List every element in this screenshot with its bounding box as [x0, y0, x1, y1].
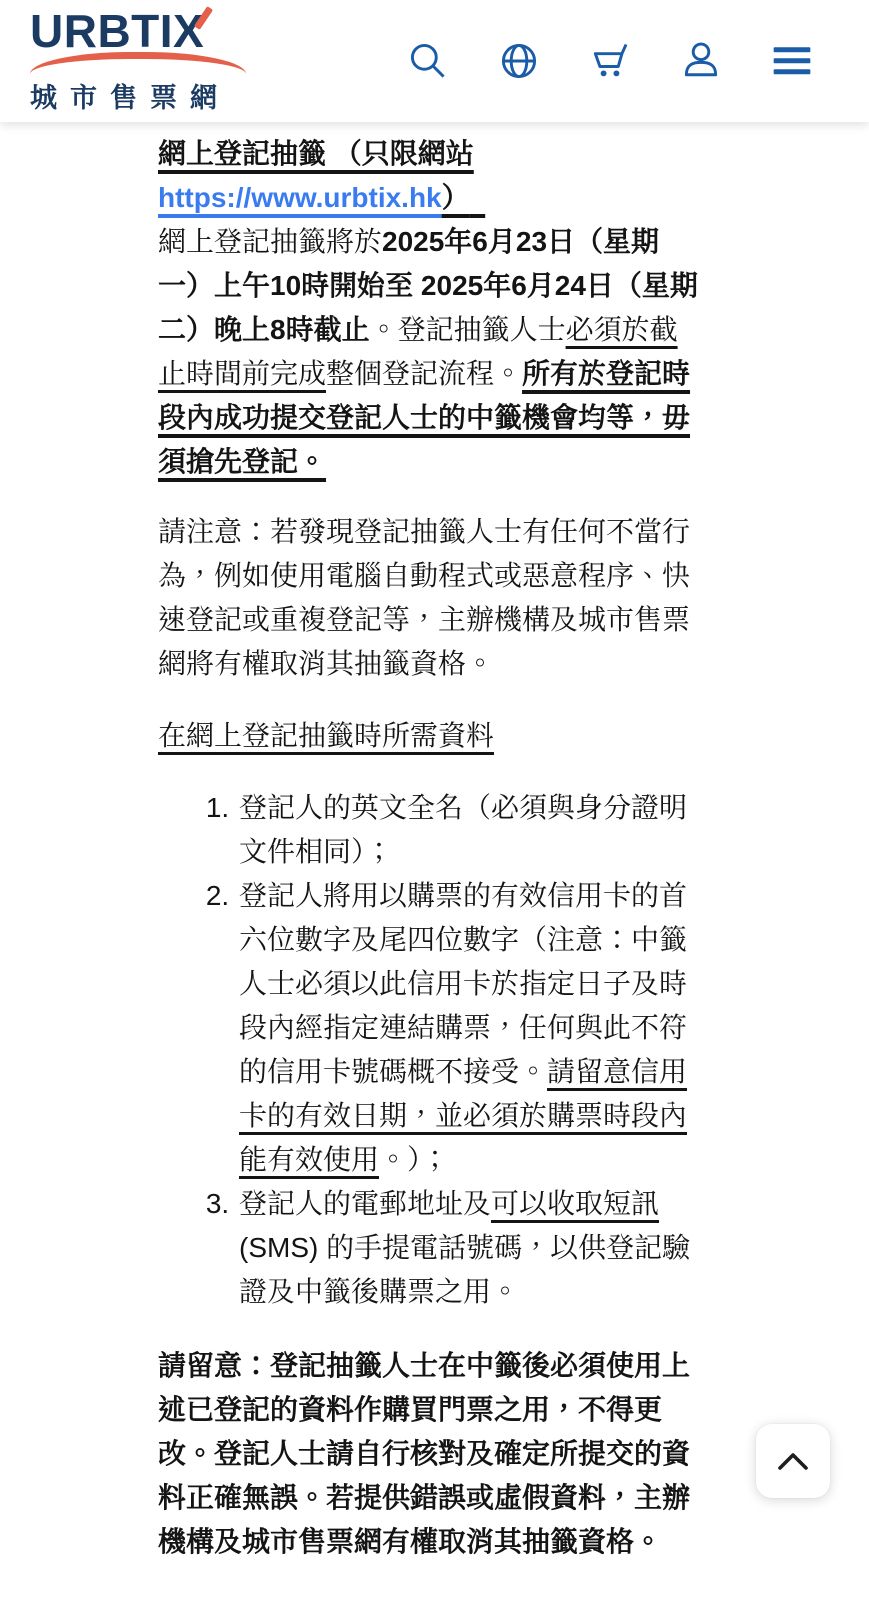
lottery-intro-paragraph: 網上登記抽籤 （只限網站 https://www.urbtix.hk） 網上登記… — [158, 132, 698, 484]
back-to-top-button[interactable] — [756, 1424, 830, 1498]
intro-title: 網上登記抽籤 （只限網站 — [158, 138, 474, 169]
brand-text: URBTI — [30, 7, 173, 55]
shopping-cart-icon — [588, 39, 632, 83]
required-info-heading: 在網上登記抽籤時所需資料 — [158, 714, 698, 758]
header-nav — [405, 38, 815, 84]
sms-emphasis: 可以收取短訊 — [491, 1188, 659, 1219]
list-item-credit-card: 登記人將用以購票的有效信用卡的首六位數字及尾四位數字（注意：中籤人士必須以此信用… — [237, 874, 698, 1182]
cart-button[interactable] — [587, 38, 633, 84]
list-item-full-name: 登記人的英文全名（必須與身分證明文件相同）； — [237, 786, 698, 874]
trailing-underline — [470, 182, 486, 213]
final-reminder: 請留意：登記抽籤人士在中籤後必須使用上述已登記的資料作購買門票之用，不得更改。登… — [158, 1344, 698, 1604]
chevron-up-icon — [776, 1450, 810, 1472]
urbtix-logo[interactable]: URBTIX 城市售票網 — [30, 7, 246, 114]
site-header: URBTIX 城市售票網 — [0, 0, 869, 122]
user-icon — [679, 39, 723, 83]
misconduct-warning: 請注意：若發現登記抽籤人士有任何不當行為，例如使用電腦自動程式或惡意程序、快速登… — [158, 510, 698, 686]
intro-text: 網上登記抽籤將於 — [158, 226, 382, 257]
intro-text: 。登記抽籤人士 — [370, 314, 566, 345]
after-link-paren: ） — [442, 182, 470, 213]
intro-text: 整個登記流程。 — [326, 358, 522, 389]
menu-button[interactable] — [769, 38, 815, 84]
search-icon — [406, 39, 450, 83]
required-info-list: 登記人的英文全名（必須與身分證明文件相同）； 登記人將用以購票的有效信用卡的首六… — [158, 786, 698, 1314]
page-content: 網上登記抽籤 （只限網站 https://www.urbtix.hk） 網上登記… — [158, 122, 698, 1604]
list-item-email-phone: 登記人的電郵地址及可以收取短訊 (SMS) 的手提電話號碼，以供登記驗證及中籤後… — [237, 1182, 698, 1314]
language-button[interactable] — [496, 38, 542, 84]
search-button[interactable] — [405, 38, 451, 84]
account-button[interactable] — [678, 38, 724, 84]
hamburger-menu-icon — [770, 39, 814, 83]
brand-accent-x: X — [173, 7, 204, 55]
urbtix-wordmark: URBTIX — [30, 7, 246, 55]
logo-subtitle: 城市售票網 — [30, 76, 246, 115]
urbtix-link[interactable]: https://www.urbtix.hk — [158, 182, 442, 213]
globe-icon — [497, 39, 541, 83]
